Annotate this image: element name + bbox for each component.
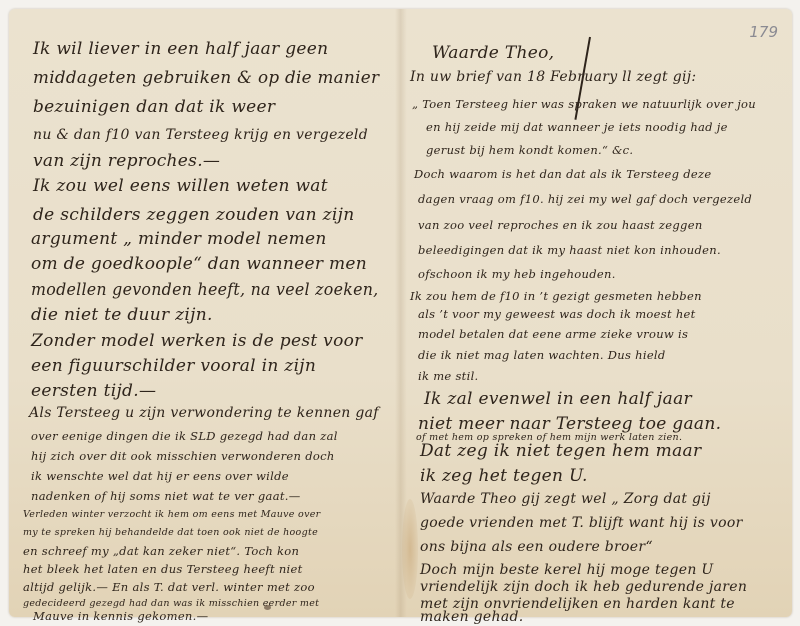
ink-spot [264, 605, 271, 610]
handwritten-line: die ik niet mag laten wachten. Dus hield [418, 348, 666, 362]
handwritten-line: ons bijna als een oudere broer“ [420, 539, 653, 555]
handwritten-line: het bleek het laten en dus Tersteeg heef… [23, 562, 303, 576]
handwritten-line: argument „ minder model nemen [31, 229, 327, 249]
handwritten-line: beleedigingen dat ik my haast niet kon i… [418, 243, 721, 257]
handwritten-line: eersten tijd.— [31, 381, 156, 401]
handwritten-line: vriendelijk zijn doch ik heb gedurende j… [420, 579, 747, 595]
handwritten-line: goede vrienden met T. blijft want hij is… [420, 515, 743, 531]
handwritten-line: Ik zou hem de f10 in ’t gezigt gesmeten … [410, 289, 702, 303]
handwritten-line: en schreef my „dat kan zeker niet“. Toch… [23, 544, 299, 558]
handwritten-line: dagen vraag om f10. hij zei my wel gaf d… [418, 192, 752, 206]
handwritten-line: Waarde Theo gij zegt wel „ Zorg dat gij [420, 491, 711, 507]
salutation: Waarde Theo, [432, 43, 554, 63]
handwritten-line: altijd gelijk.— En als T. dat verl. wint… [23, 580, 315, 594]
handwritten-line: bezuinigen dan dat ik weer [33, 97, 275, 117]
handwritten-line: model betalen dat eene arme zieke vrouw … [418, 327, 688, 341]
handwritten-line: hij zich over dit ook misschien verwonde… [31, 449, 335, 463]
handwritten-line: die niet te duur zijn. [31, 305, 213, 325]
handwritten-line: nadenken of hij soms niet wat te ver gaa… [31, 489, 301, 503]
handwritten-line: ik zeg het tegen U. [420, 466, 588, 486]
right-page: 179 Waarde Theo, In uw brief van 18 Febr… [402, 9, 792, 617]
handwritten-line: een figuurschilder vooral in zijn [31, 356, 316, 376]
handwritten-line: my te spreken hij behandelde dat toen oo… [23, 527, 318, 538]
letter-sheet: Ik wil liever in een half jaar geen midd… [9, 9, 792, 617]
left-page: Ik wil liever in een half jaar geen midd… [9, 9, 399, 617]
handwritten-line: ofschoon ik my heb ingehouden. [418, 267, 616, 281]
right-page-text: Waarde Theo, In uw brief van 18 February… [402, 9, 792, 617]
handwritten-line: Mauve in kennis gekomen.— [33, 609, 208, 623]
handwritten-line: en hij zeide mij dat wanneer je iets noo… [426, 120, 728, 134]
handwritten-line: nu & dan f10 van Tersteeg krijg en verge… [33, 127, 368, 143]
handwritten-line: ik wenschte wel dat hij er eens over wil… [31, 469, 289, 483]
handwritten-line: modellen gevonden heeft, na veel zoeken, [31, 280, 378, 300]
handwritten-line: gerust bij hem kondt komen.“ &c. [426, 143, 633, 157]
handwritten-line: van zoo veel reproches en ik zou haast z… [418, 218, 703, 232]
handwritten-line: Doch mijn beste kerel hij moge tegen U [420, 562, 714, 578]
handwritten-line: middageten gebruiken & op die manier [33, 68, 379, 88]
handwritten-line: Verleden winter verzocht ik hem om eens … [23, 509, 321, 520]
handwritten-line: Ik zal evenwel in een half jaar [424, 389, 692, 409]
handwritten-line: Doch waarom is het dan dat als ik Terste… [414, 167, 711, 181]
handwritten-line: gedecideerd gezegd had dan was ik missch… [23, 598, 319, 609]
handwritten-line: Ik wil liever in een half jaar geen [33, 39, 328, 59]
handwritten-line: Zonder model werken is de pest voor [31, 331, 363, 351]
handwritten-line: Dat zeg ik niet tegen hem maar [420, 441, 701, 461]
handwritten-line: om de goedkoople“ dan wanneer men [31, 254, 367, 274]
handwritten-line: Als Tersteeg u zijn verwondering te kenn… [29, 405, 379, 421]
handwritten-line: „ Toen Tersteeg hier was spraken we natu… [412, 97, 756, 111]
handwritten-line: In uw brief van 18 February ll zegt gij: [410, 69, 696, 85]
handwritten-line: niet meer naar Tersteeg toe gaan. [418, 414, 721, 434]
handwritten-line: van zijn reproches.— [33, 151, 220, 171]
handwritten-line: maken gehad. [420, 609, 523, 625]
handwritten-line: de schilders zeggen zouden van zijn [33, 205, 354, 225]
left-page-text: Ik wil liever in een half jaar geen midd… [9, 9, 399, 617]
handwritten-line: als ’t voor my geweest was doch ik moest… [418, 307, 696, 321]
handwritten-line: over eenige dingen die ik SLD gezegd had… [31, 429, 338, 443]
handwritten-line: ik me stil. [418, 369, 479, 383]
handwritten-line: Ik zou wel eens willen weten wat [33, 176, 328, 196]
